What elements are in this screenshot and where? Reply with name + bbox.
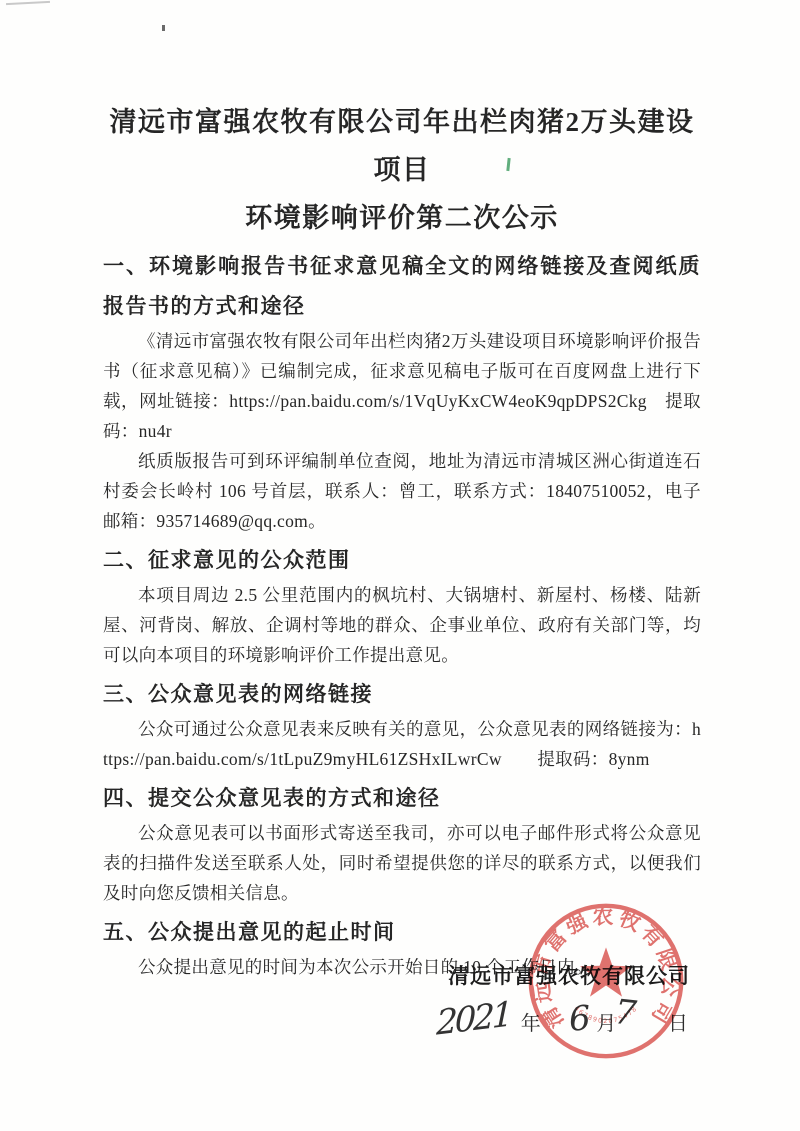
handwritten-day: 7 <box>613 995 638 1031</box>
paragraph: 纸质版报告可到环评编制单位查阅，地址为清远市清城区洲心街道连石村委会长岭村 10… <box>103 446 701 536</box>
title-line-2: 环境影响评价第二次公示 <box>103 194 701 242</box>
paragraph: 本项目周边 2.5 公里范围内的枫坑村、大锅塘村、新屋村、杨楼、陆新屋、河背岗、… <box>103 580 701 670</box>
section-public-scope: 二、征求意见的公众范围 本项目周边 2.5 公里范围内的枫坑村、大锅塘村、新屋村… <box>103 540 701 670</box>
scan-artifact <box>6 1 50 5</box>
section-heading: 五、公众提出意见的起止时间 <box>103 912 701 952</box>
paragraph: 公众可通过公众意见表来反映有关的意见，公众意见表的网络链接为：https://p… <box>103 714 701 774</box>
handwritten-year: 2021 <box>436 997 511 1040</box>
year-label: 年 <box>521 1007 543 1036</box>
document-page: 清远市富强农牧有限公司年出栏肉猪2万头建设项目 环境影响评价第二次公示 一、环境… <box>0 0 800 1131</box>
section-opinion-form-link: 三、公众意见表的网络链接 公众可通过公众意见表来反映有关的意见，公众意见表的网络… <box>103 674 701 774</box>
handwritten-month: 6 <box>568 1001 592 1036</box>
section-heading: 四、提交公众意见表的方式和途径 <box>103 778 701 818</box>
signature-date: 2021 年 6 月 7 日 <box>436 1002 690 1036</box>
scan-artifact <box>162 25 165 31</box>
document-body: 清远市富强农牧有限公司年出栏肉猪2万头建设项目 环境影响评价第二次公示 一、环境… <box>103 98 701 982</box>
section-submit-methods: 四、提交公众意见表的方式和途径 公众意见表可以书面形式寄送至我司，亦可以电子邮件… <box>103 778 701 908</box>
section-heading: 三、公众意见表的网络链接 <box>103 674 701 714</box>
company-name: 清远市富强农牧有限公司 <box>436 960 690 990</box>
paragraph: 公众意见表可以书面形式寄送至我司，亦可以电子邮件形式将公众意见表的扫描件发送至联… <box>103 818 701 908</box>
day-label: 日 <box>668 1007 690 1036</box>
signature-block: 清远市富强农牧有限公司 2021 年 6 月 7 日 <box>436 960 690 1036</box>
paragraph: 《清远市富强农牧有限公司年出栏肉猪2万头建设项目环境影响评价报告书（征求意见稿）… <box>103 326 701 446</box>
section-heading: 一、环境影响报告书征求意见稿全文的网络链接及查阅纸质报告书的方式和途径 <box>103 246 701 326</box>
section-network-link: 一、环境影响报告书征求意见稿全文的网络链接及查阅纸质报告书的方式和途径 《清远市… <box>103 246 701 536</box>
title-line-1: 清远市富强农牧有限公司年出栏肉猪2万头建设项目 <box>103 98 701 194</box>
section-heading: 二、征求意见的公众范围 <box>103 540 701 580</box>
document-title: 清远市富强农牧有限公司年出栏肉猪2万头建设项目 环境影响评价第二次公示 <box>103 98 701 242</box>
